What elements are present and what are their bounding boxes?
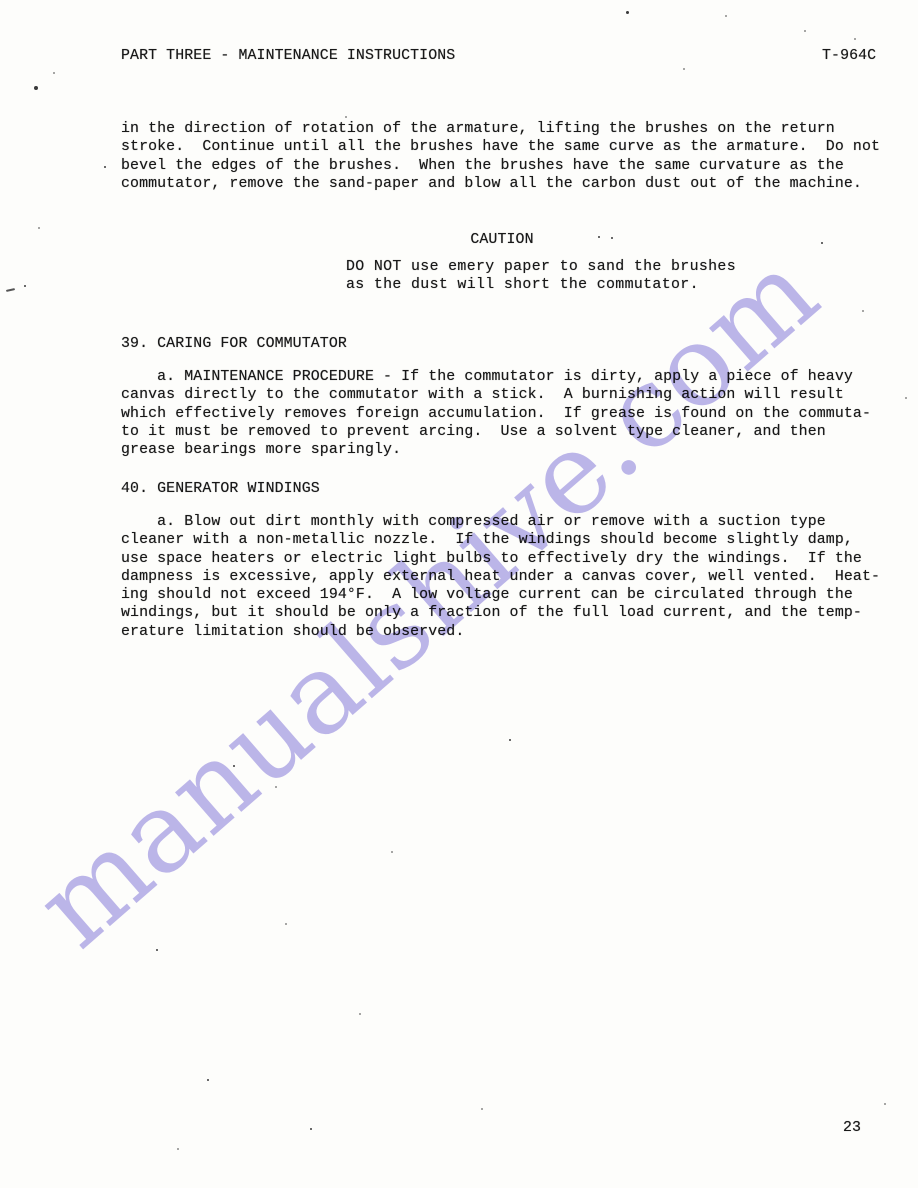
scan-speckle xyxy=(156,949,158,951)
scan-speckle xyxy=(275,786,277,788)
scan-speckle xyxy=(345,116,347,118)
scan-speckle xyxy=(391,851,393,853)
scan-speckle xyxy=(854,38,856,40)
header-title: PART THREE - MAINTENANCE INSTRUCTIONS xyxy=(121,47,455,65)
scan-mark xyxy=(6,288,15,292)
scan-speckle xyxy=(683,68,685,70)
scan-speckle xyxy=(104,166,106,168)
section-39-heading: 39. CARING FOR COMMUTATOR xyxy=(121,335,347,353)
scan-speckle xyxy=(905,397,907,399)
scan-speckle xyxy=(884,1103,886,1105)
scan-speckle xyxy=(310,1128,312,1130)
page-number: 23 xyxy=(843,1119,861,1137)
section-40-paragraph: a. Blow out dirt monthly with compressed… xyxy=(121,513,880,641)
document-number: T-964C xyxy=(822,47,876,65)
scan-speckle xyxy=(821,242,823,244)
scan-speckle xyxy=(359,1013,361,1015)
scan-speckle xyxy=(611,237,613,239)
scan-speckle xyxy=(53,72,55,74)
scan-speckle xyxy=(34,86,38,90)
scan-speckle xyxy=(207,1079,209,1081)
section-39-paragraph: a. MAINTENANCE PROCEDURE - If the commut… xyxy=(121,368,871,459)
caution-heading: CAUTION xyxy=(121,231,883,249)
scan-speckle xyxy=(233,765,235,767)
scan-speckle xyxy=(38,227,40,229)
caution-text: DO NOT use emery paper to sand the brush… xyxy=(346,258,736,295)
scan-speckle xyxy=(626,11,629,14)
scanned-manual-page: PART THREE - MAINTENANCE INSTRUCTIONS T-… xyxy=(0,0,918,1188)
scan-speckle xyxy=(177,1148,179,1150)
scan-speckle xyxy=(509,739,511,741)
scan-speckle xyxy=(481,1108,483,1110)
scan-speckle xyxy=(862,310,864,312)
scan-speckle xyxy=(598,236,600,238)
scan-speckle xyxy=(24,285,26,287)
scan-speckle xyxy=(725,15,727,17)
scan-speckle xyxy=(285,923,287,925)
section-40-heading: 40. GENERATOR WINDINGS xyxy=(121,480,320,498)
intro-paragraph: in the direction of rotation of the arma… xyxy=(121,120,880,193)
scan-speckle xyxy=(804,30,806,32)
